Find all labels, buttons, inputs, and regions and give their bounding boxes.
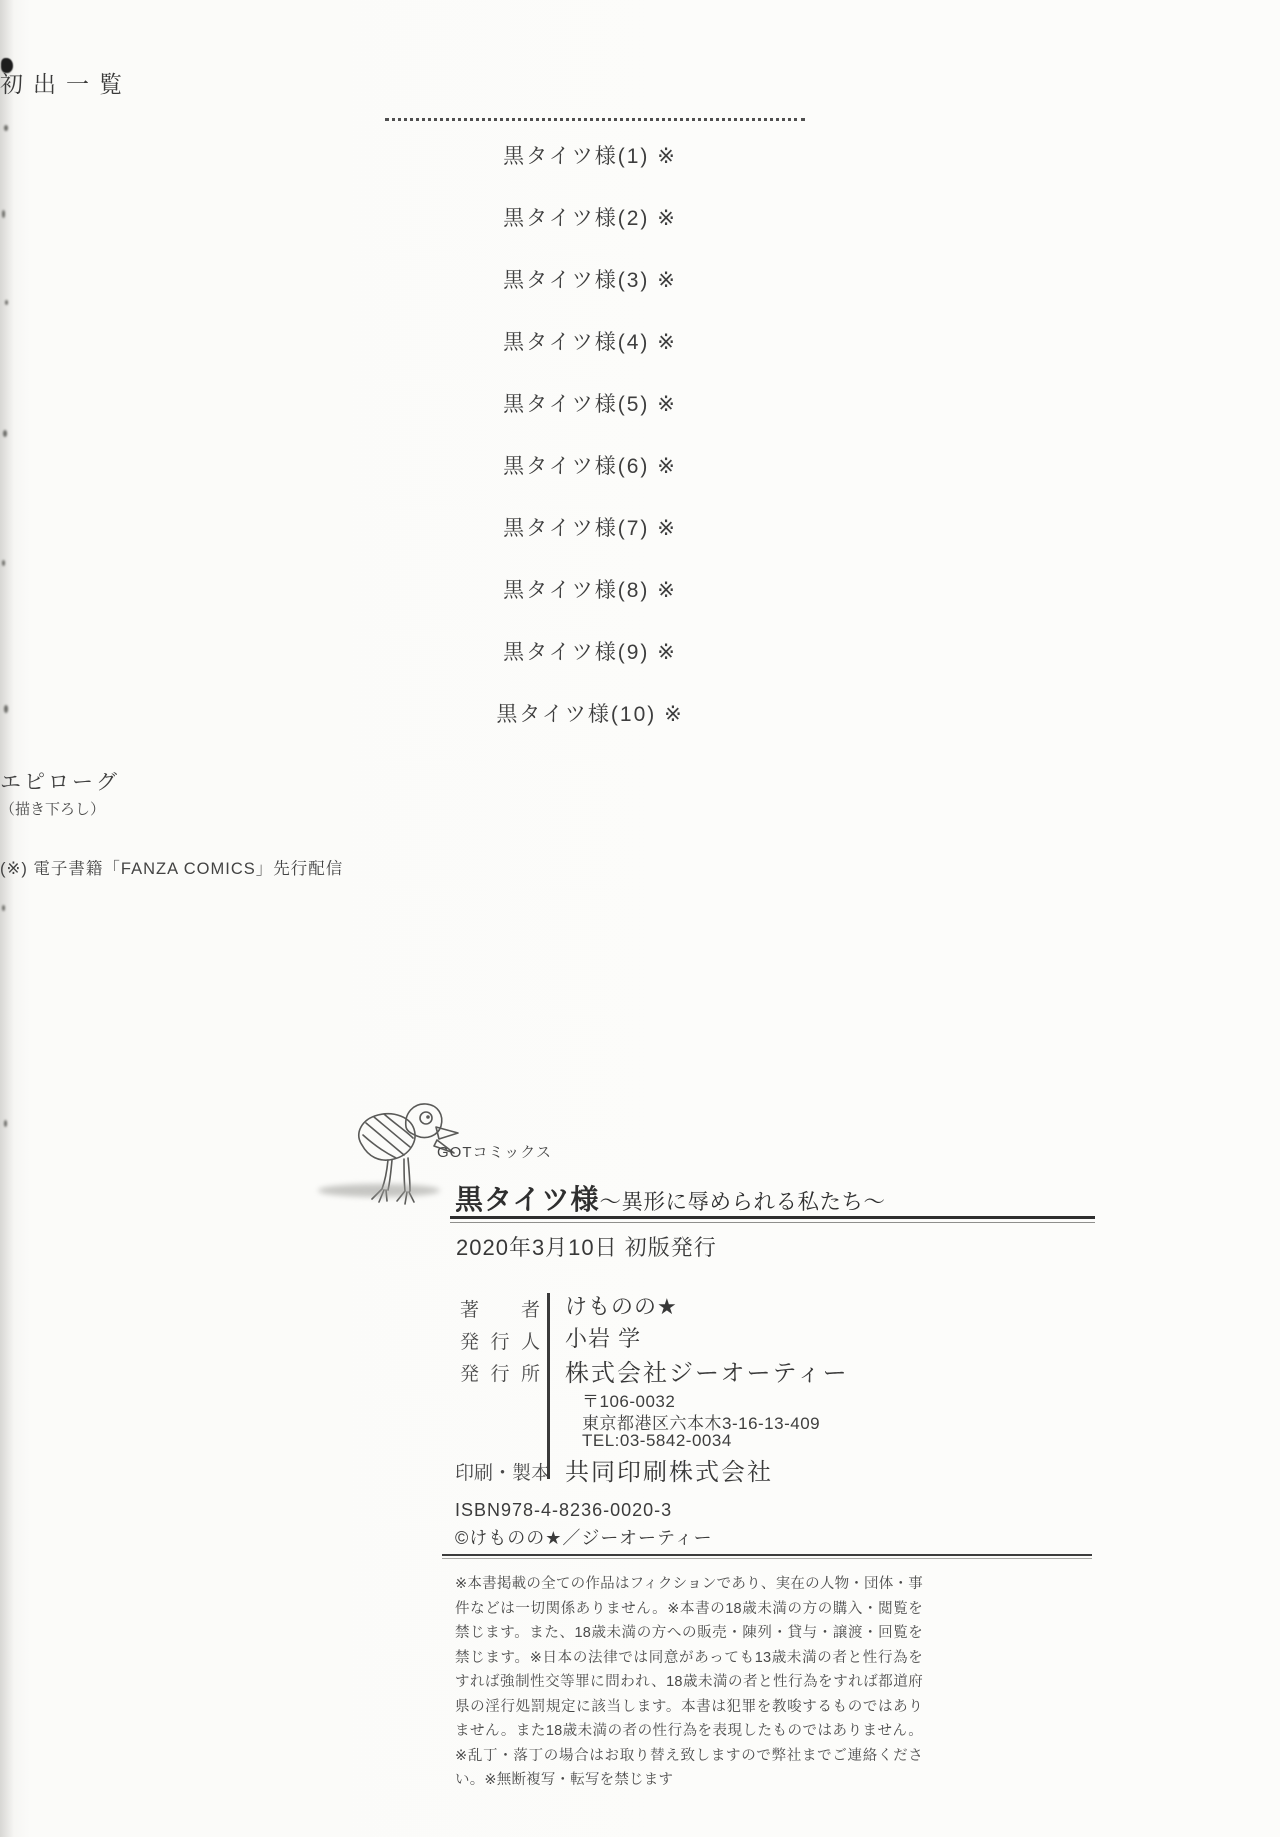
- publisher-person-name: 小岩 学: [565, 1322, 641, 1353]
- scanned-colophon-page: 初出一覧 黒タイツ様(1) ※黒タイツ様(2) ※黒タイツ様(3) ※黒タイツ様…: [0, 0, 1280, 1837]
- publication-list-item: 黒タイツ様(4) ※: [503, 332, 677, 354]
- printing-company: 共同印刷株式会社: [565, 1452, 773, 1487]
- telephone: TEL:03-5842-0034: [582, 1431, 732, 1451]
- printing-label: 印刷・製本: [455, 1458, 543, 1485]
- publication-list-item: 黒タイツ様(1) ※: [503, 146, 677, 168]
- legal-disclaimer: ※本書掲載の全ての作品はフィクションであり、実在の人物・団体・事件などは一切関係…: [455, 1572, 923, 1793]
- scan-smudge: [318, 1184, 440, 1197]
- copyright-line: ©けものの★／ジーオーティー: [455, 1524, 713, 1550]
- edition-date: 2020年3月10日 初版発行: [456, 1231, 717, 1262]
- isbn: ISBN978-4-8236-0020-3: [455, 1500, 672, 1521]
- publication-list: 黒タイツ様(1) ※黒タイツ様(2) ※黒タイツ様(3) ※黒タイツ様(4) ※…: [0, 146, 1180, 726]
- publication-list-item: 黒タイツ様(6) ※: [503, 456, 677, 478]
- scan-artifact: [2, 905, 5, 911]
- author-name: けものの★: [565, 1290, 678, 1321]
- publisher-label: 発行所: [460, 1359, 540, 1386]
- publication-list-item: 黒タイツ様(9) ※: [503, 642, 677, 664]
- publication-list-item: 黒タイツ様(8) ※: [503, 580, 677, 602]
- scan-artifact: [4, 1120, 7, 1127]
- series-label: GOTコミックス: [437, 1141, 552, 1162]
- dotted-divider: [385, 118, 805, 121]
- scan-artifact: [4, 125, 8, 131]
- publication-list-item: 黒タイツ様(3) ※: [503, 270, 677, 292]
- book-title: 黒タイツ様～異形に辱められる私たち～: [455, 1178, 885, 1218]
- epilogue-note: （描き下ろし）: [0, 798, 1180, 819]
- author-label: 著者: [460, 1295, 540, 1322]
- publication-list-title: 初出一覧: [0, 66, 1180, 99]
- publication-list-item: 黒タイツ様(5) ※: [503, 394, 677, 416]
- publisher-name: 株式会社ジーオーティー: [565, 1353, 849, 1388]
- credits-divider-rule: [547, 1293, 550, 1479]
- disclaimer-rule: [442, 1554, 1092, 1559]
- book-title-main: 黒タイツ様: [455, 1178, 599, 1218]
- publication-list-item: 黒タイツ様(7) ※: [503, 518, 677, 540]
- digital-release-note: (※) 電子書籍「FANZA COMICS」先行配信: [0, 855, 1180, 879]
- publication-list-item: 黒タイツ様(2) ※: [503, 208, 677, 230]
- publisher-person-label: 発行人: [460, 1327, 540, 1354]
- book-title-subtitle: ～異形に辱められる私たち～: [599, 1185, 885, 1216]
- epilogue-entry: エピローグ: [0, 766, 1180, 796]
- publication-list-item: 黒タイツ様(10) ※: [496, 704, 683, 726]
- title-rule: [450, 1216, 1095, 1223]
